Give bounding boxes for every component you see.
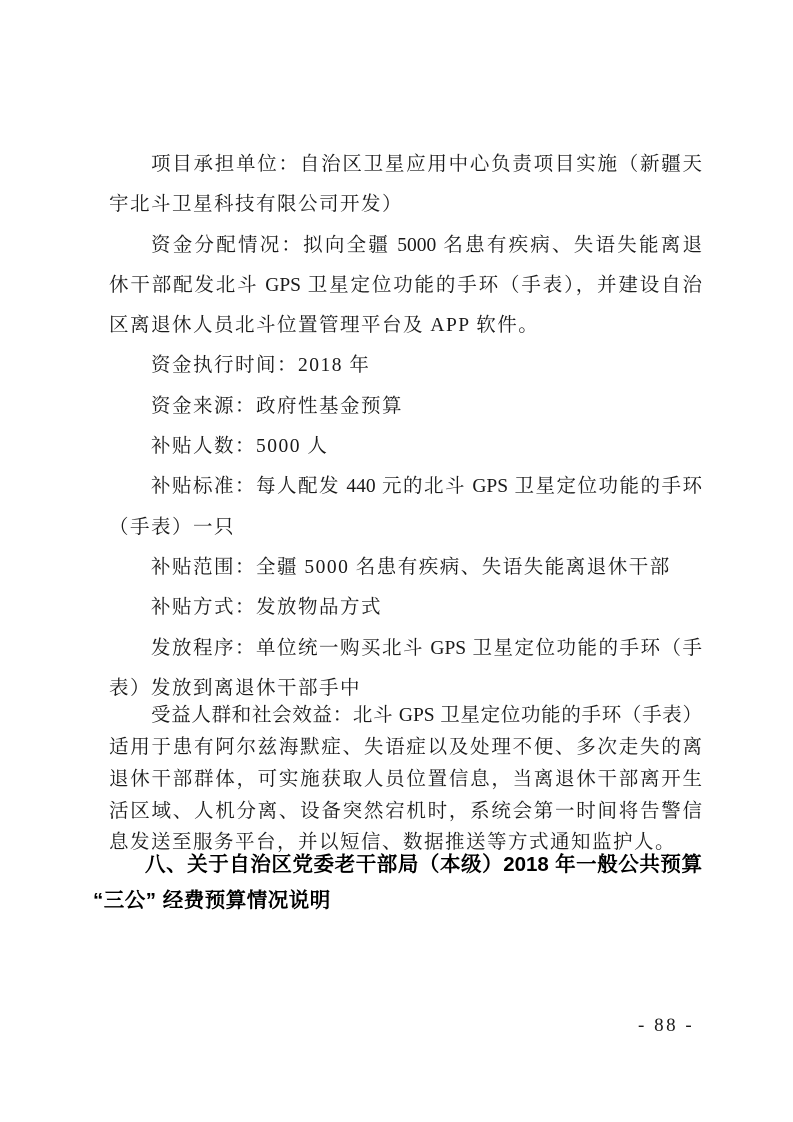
body-text-line: 受益人群和社会效益：北斗 GPS 卫星定位功能的手环（手表） [109,700,702,732]
body-text-line: 项目承担单位：自治区卫星应用中心负责项目实施（新疆天 [109,145,702,185]
body-text-line: 退休干部群体，可实施获取人员位置信息，当离退休干部离开生 [109,764,702,796]
document-body: 项目承担单位：自治区卫星应用中心负责项目实施（新疆天宇北斗卫星科技有限公司开发）… [109,145,702,919]
body-text-line: 资金来源：政府性基金预算 [109,387,702,427]
body-text-line: 活区域、人机分离、设备突然宕机时，系统会第一时间将告警信 [109,796,702,828]
body-text-line: 休干部配发北斗 GPS 卫星定位功能的手环（手表），并建设自治 [109,266,702,306]
body-text-line: 补贴方式：发放物品方式 [109,588,702,628]
body-text-line: 补贴标准：每人配发 440 元的北斗 GPS 卫星定位功能的手环 [109,467,702,507]
page-number: - 88 - [638,1014,694,1038]
heading-line: 八、关于自治区党委老干部局（本级）2018 年一般公共预算 [109,847,702,883]
body-text-line: （手表）一只 [109,508,702,548]
body-text-line: 适用于患有阿尔兹海默症、失语症以及处理不便、多次走失的离 [109,732,702,764]
body-text-line: 补贴人数：5000 人 [109,427,702,467]
heading-line: “三公” 经费预算情况说明 [93,883,702,919]
body-text-line: 补贴范围：全疆 5000 名患有疾病、失语失能离退休干部 [109,548,702,588]
body-text-line: 区离退休人员北斗位置管理平台及 APP 软件。 [109,306,702,346]
body-text-line: 资金执行时间：2018 年 [109,346,702,386]
body-text-line: 宇北斗卫星科技有限公司开发） [109,185,702,225]
document-page: 项目承担单位：自治区卫星应用中心负责项目实施（新疆天宇北斗卫星科技有限公司开发）… [0,0,793,1122]
body-text-line: 资金分配情况：拟向全疆 5000 名患有疾病、失语失能离退 [109,226,702,266]
body-text-line: 发放程序：单位统一购买北斗 GPS 卫星定位功能的手环（手 [109,629,702,669]
